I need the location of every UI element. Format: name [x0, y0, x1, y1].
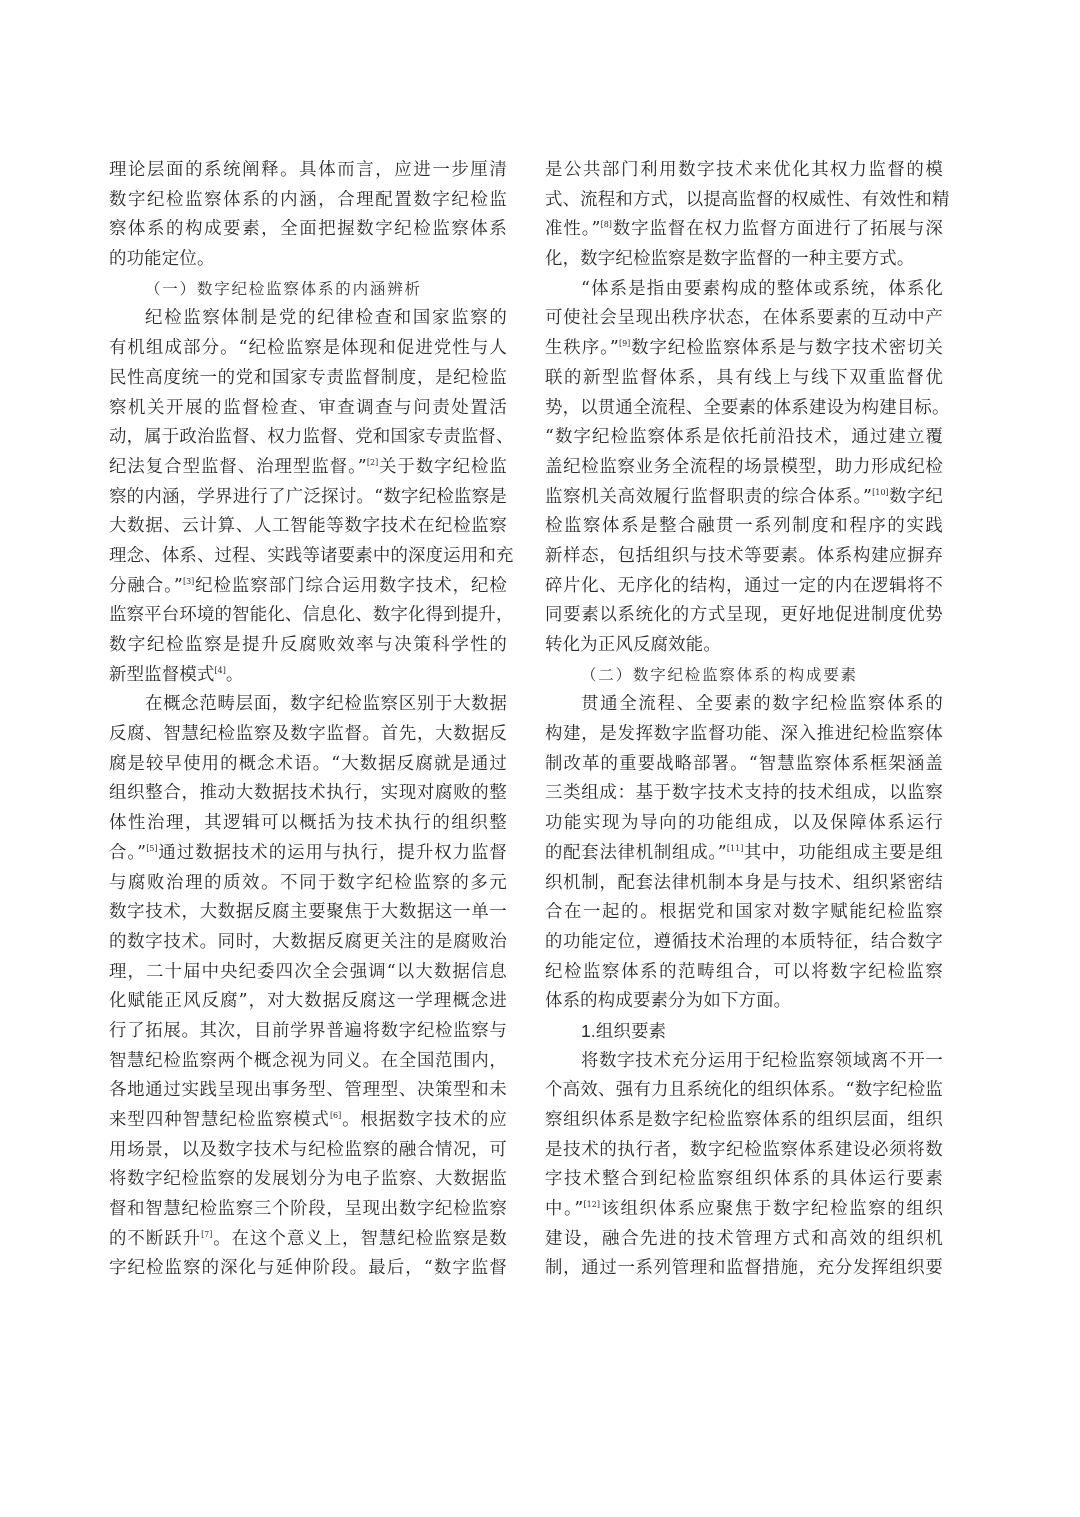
text-line: 动，属于政治监督、权力监督、党和国家专责监督、 [109, 423, 507, 453]
text-line: 数字纪检监察是提升反腐败效率与决策科学性的 [109, 631, 507, 661]
section-heading: （一）数字纪检监察体系的内涵辨析 [109, 275, 507, 305]
text-line: 势，以贯通全流程、全要素的体系建设为构建目标。 [545, 394, 943, 424]
text-line: 化赋能正风反腐”，对大数据反腐这一学理概念进 [109, 987, 507, 1017]
citation-ref: [10] [872, 488, 888, 497]
citation-ref: [12] [584, 1200, 600, 1209]
text-line: 察的内涵，学界进行了广泛探讨。“数字纪检监察是 [109, 483, 507, 513]
text-line: 织机制，配套法律机制本身是与技术、组织紧密结 [545, 869, 943, 899]
text-line: 三类组成：基于数字技术支持的技术组成，以监察 [545, 779, 943, 809]
citation-ref: [11] [727, 844, 743, 853]
text-line: 生秩序。”[9]数字纪检监察体系是与数字技术密切关 [545, 334, 943, 364]
text-line: 检监察体系是整合融贯一系列制度和程序的实践 [545, 512, 943, 542]
text-line: 可使社会呈现出秩序状态，在体系要素的互动中产 [545, 304, 943, 334]
text-line: 字纪检监察的深化与延伸阶段。最后，“数字监督 [109, 1254, 507, 1284]
text-line: 腐是较早使用的概念术语。“大数据反腐就是通过 [109, 750, 507, 780]
citation-ref: [8] [601, 220, 612, 229]
text-line: 与腐败治理的质效。不同于数字纪检监察的多元 [109, 869, 507, 899]
section-heading: 1.组织要素 [545, 1017, 943, 1047]
text-line: 纪检监察体系的范畴组合，可以将数字纪检监察 [545, 958, 943, 988]
text-line: 察机关开展的监督检查、审查调查与问责处置活 [109, 394, 507, 424]
text-line: 数字技术，大数据反腐主要聚焦于大数据这一单一 [109, 898, 507, 928]
citation-ref: [9] [619, 339, 630, 348]
text-line: 将数字技术充分运用于纪检监察领域离不开一 [545, 1047, 943, 1077]
text-line: 有机组成部分。“纪检监察是体现和促进党性与人 [109, 334, 507, 364]
text-line: 个高效、强有力且系统化的组织体系。“数字纪检监 [545, 1076, 943, 1106]
text-line: 反腐、智慧纪检监察及数字监督。首先，大数据反 [109, 720, 507, 750]
text-line: 的功能定位。 [109, 245, 507, 275]
citation-ref: [3] [183, 577, 194, 586]
text-line: 化，数字纪检监察是数字监督的一种主要方式。 [545, 245, 943, 275]
text-line: 监察机关高效履行监督职责的综合体系。”[10]数字纪 [545, 483, 943, 513]
text-line: 纪法复合型监督、治理型监督。”[2]关于数字纪检监 [109, 453, 507, 483]
text-line: 督和智慧纪检监察三个阶段，呈现出数字纪检监察 [109, 1195, 507, 1225]
text-line: 字技术整合到纪检监察组织体系的具体运行要素 [545, 1165, 943, 1195]
section-heading: （二）数字纪检监察体系的构成要素 [545, 661, 943, 691]
text-line: 是技术的执行者，数字纪检监察体系建设必须将数 [545, 1136, 943, 1166]
text-line: 的不断跃升[7]。在这个意义上，智慧纪检监察是数 [109, 1225, 507, 1255]
text-line: “数字纪检监察体系是依托前沿技术，通过建立覆 [545, 423, 943, 453]
text-line: 在概念范畴层面，数字纪检监察区别于大数据 [109, 690, 507, 720]
text-line: 监察平台环境的智能化、信息化、数字化得到提升， [109, 601, 507, 631]
citation-ref: [7] [201, 1230, 212, 1239]
text-line: 组织整合，推动大数据技术执行，实现对腐败的整 [109, 779, 507, 809]
text-line: 察组织体系是数字纪检监察体系的组织层面，组织 [545, 1106, 943, 1136]
text-line: 纪检监察体制是党的纪律检查和国家监察的 [109, 304, 507, 334]
text-line: 体性治理，其逻辑可以概括为技术执行的组织整 [109, 809, 507, 839]
text-line: 民性高度统一的党和国家专责监督制度，是纪检监 [109, 364, 507, 394]
text-line: 来型四种智慧纪检监察模式[6]。根据数字技术的应 [109, 1106, 507, 1136]
citation-ref: [2] [367, 458, 378, 467]
text-line: 新型监督模式[4]。 [109, 661, 507, 691]
text-line: 理念、体系、过程、实践等诸要素中的深度运用和充 [109, 542, 507, 572]
text-line: 构建，是发挥数字监督功能、深入推进纪检监察体 [545, 720, 943, 750]
text-line: 合在一起的。根据党和国家对数字赋能纪检监察 [545, 898, 943, 928]
text-line: 行了拓展。其次，目前学界普遍将数字纪检监察与 [109, 1017, 507, 1047]
text-line: 式、流程和方式，以提高监督的权威性、有效性和精 [545, 186, 943, 216]
text-line: 的配套法律机制组成。”[11]其中，功能组成主要是组 [545, 839, 943, 869]
text-line: 各地通过实践呈现出事务型、管理型、决策型和未 [109, 1076, 507, 1106]
text-line: 是公共部门利用数字技术来优化其权力监督的模 [545, 156, 943, 186]
text-line: 理，二十届中央纪委四次全会强调“以大数据信息 [109, 958, 507, 988]
text-line: 同要素以系统化的方式呈现，更好地促进制度优势 [545, 601, 943, 631]
text-line: 转化为正风反腐效能。 [545, 631, 943, 661]
text-line: 制改革的重要战略部署。“智慧监察体系框架涵盖 [545, 750, 943, 780]
text-line: 大数据、云计算、人工智能等数字技术在纪检监察 [109, 512, 507, 542]
citation-ref: [5] [146, 844, 157, 853]
text-line: 建设，融合先进的技术管理方式和高效的组织机 [545, 1225, 943, 1255]
right-column: 是公共部门利用数字技术来优化其权力监督的模式、流程和方式，以提高监督的权威性、有… [545, 156, 943, 1284]
paper-page: 理论层面的系统阐释。具体而言，应进一步厘清数字纪检监察体系的内涵，合理配置数字纪… [0, 0, 1080, 1517]
citation-ref: [4] [215, 666, 226, 675]
text-line: 碎片化、无序化的结构，通过一定的内在逻辑将不 [545, 572, 943, 602]
text-line: 分融合。”[3]纪检监察部门综合运用数字技术，纪检 [109, 572, 507, 602]
text-line: 准性。”[8]数字监督在权力监督方面进行了拓展与深 [545, 215, 943, 245]
text-line: 用场景，以及数字技术与纪检监察的融合情况，可 [109, 1136, 507, 1166]
left-column: 理论层面的系统阐释。具体而言，应进一步厘清数字纪检监察体系的内涵，合理配置数字纪… [109, 156, 507, 1284]
text-line: 体系的构成要素分为如下方面。 [545, 987, 943, 1017]
text-line: 功能实现为导向的功能组成，以及保障体系运行 [545, 809, 943, 839]
text-line: 将数字纪检监察的发展划分为电子监察、大数据监 [109, 1165, 507, 1195]
text-line: 理论层面的系统阐释。具体而言，应进一步厘清 [109, 156, 507, 186]
text-line: 的数字技术。同时，大数据反腐更关注的是腐败治 [109, 928, 507, 958]
text-line: 合。”[5]通过数据技术的运用与执行，提升权力监督 [109, 839, 507, 869]
text-line: 察体系的构成要素，全面把握数字纪检监察体系 [109, 215, 507, 245]
text-line: 新样态，包括组织与技术等要素。体系构建应摒弃 [545, 542, 943, 572]
text-line: 的功能定位，遵循技术治理的本质特征，结合数字 [545, 928, 943, 958]
text-line: 联的新型监督体系，具有线上与线下双重监督优 [545, 364, 943, 394]
text-line: “体系是指由要素构成的整体或系统，体系化 [545, 275, 943, 305]
text-line: 贯通全流程、全要素的数字纪检监察体系的 [545, 690, 943, 720]
text-line: 制，通过一系列管理和监督措施，充分发挥组织要 [545, 1254, 943, 1284]
text-line: 智慧纪检监察两个概念视为同义。在全国范围内， [109, 1047, 507, 1077]
citation-ref: [6] [330, 1111, 341, 1120]
text-line: 中。”[12]该组织体系应聚焦于数字纪检监察的组织 [545, 1195, 943, 1225]
text-line: 盖纪检监察业务全流程的场景模型，助力形成纪检 [545, 453, 943, 483]
text-line: 数字纪检监察体系的内涵，合理配置数字纪检监 [109, 186, 507, 216]
